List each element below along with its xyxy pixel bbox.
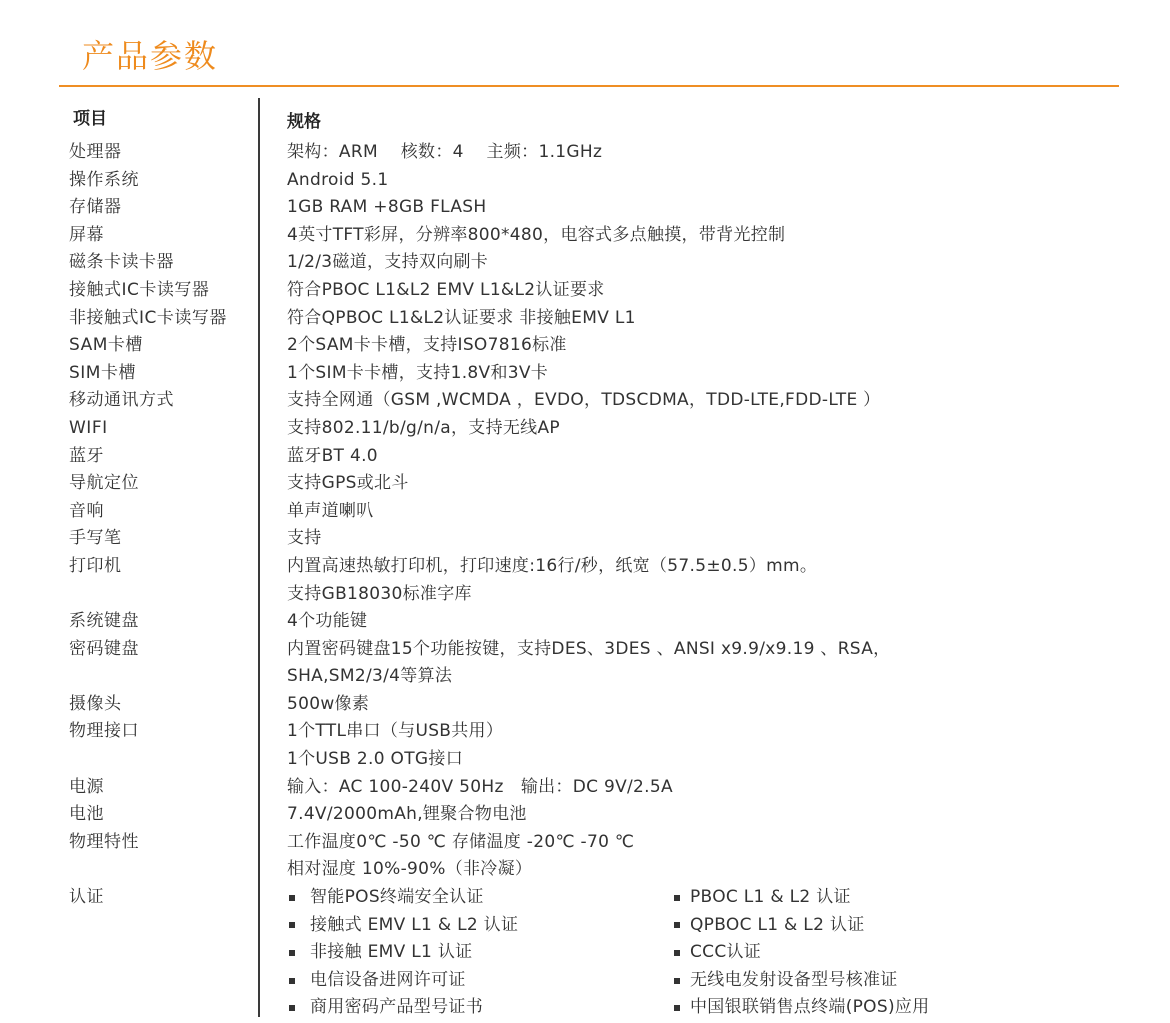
row-label: 音响 (0, 498, 287, 526)
table-row: 物理特性 工作温度0℃ -50 ℃ 存储温度 -20℃ -70 ℃相对湿度 10… (0, 829, 1170, 884)
certification-text: 无线电发射设备型号核准证 (690, 967, 898, 995)
row-values: 2个SAM卡卡槽，支持ISO7816标准 (287, 332, 1170, 360)
row-label: 蓝牙 (0, 443, 287, 471)
table-row: 屏幕 4英寸TFT彩屏，分辨率800*480，电容式多点触摸，带背光控制 (0, 222, 1170, 250)
spec-value: 1GB RAM +8GB FLASH (287, 194, 1170, 222)
row-label: 处理器 (0, 139, 287, 167)
certification-item: 电信设备进网许可证 (287, 967, 672, 995)
row-label: 认证 (0, 884, 287, 912)
row-label: 物理接口 (0, 718, 287, 746)
row-values: 工作温度0℃ -50 ℃ 存储温度 -20℃ -70 ℃相对湿度 10%-90%… (287, 829, 1170, 884)
row-label: 接触式IC卡读写器 (0, 277, 287, 305)
row-values: 1GB RAM +8GB FLASH (287, 194, 1170, 222)
row-values: 7.4V/2000mAh,锂聚合物电池 (287, 801, 1170, 829)
certification-text: 智能POS终端安全认证 (310, 884, 484, 912)
row-values: 4英寸TFT彩屏，分辨率800*480，电容式多点触摸，带背光控制 (287, 222, 1170, 250)
certification-item: 商用密码产品型号证书 (287, 994, 672, 1022)
certification-item: CCC认证 (672, 939, 1072, 967)
table-row: 打印机 内置高速热敏打印机，打印速度:16行/秒，纸宽（57.5±0.5）mm。… (0, 553, 1170, 608)
row-label: WIFI (0, 415, 287, 443)
row-label: 摄像头 (0, 691, 287, 719)
row-values: 500w像素 (287, 691, 1170, 719)
spec-value: 500w像素 (287, 691, 1170, 719)
header-spec: 规格 (287, 107, 321, 132)
row-values: 4个功能键 (287, 608, 1170, 636)
spec-value: 工作温度0℃ -50 ℃ 存储温度 -20℃ -70 ℃ (287, 829, 1170, 857)
spec-value: 蓝牙BT 4.0 (287, 443, 1170, 471)
row-values: 符合QPBOC L1&L2认证要求 非接触EMV L1 (287, 305, 1170, 333)
row-values: 1/2/3磁道，支持双向刷卡 (287, 249, 1170, 277)
table-row: 存储器 1GB RAM +8GB FLASH (0, 194, 1170, 222)
bullet-square-icon (289, 895, 295, 901)
table-row: WIFI 支持802.11/b/g/n/a，支持无线AP (0, 415, 1170, 443)
table-row: 系统键盘 4个功能键 (0, 608, 1170, 636)
table-row: 接触式IC卡读写器 符合PBOC L1&L2 EMV L1&L2认证要求 (0, 277, 1170, 305)
spec-value: 1/2/3磁道，支持双向刷卡 (287, 249, 1170, 277)
row-values: 单声道喇叭 (287, 498, 1170, 526)
table-row: 非接触式IC卡读写器 符合QPBOC L1&L2认证要求 非接触EMV L1 (0, 305, 1170, 333)
header-item: 项目 (73, 104, 107, 129)
bullet-square-icon (674, 1005, 680, 1011)
spec-value: 符合PBOC L1&L2 EMV L1&L2认证要求 (287, 277, 1170, 305)
spec-value: 4英寸TFT彩屏，分辨率800*480，电容式多点触摸，带背光控制 (287, 222, 1170, 250)
table-row: 导航定位 支持GPS或北斗 (0, 470, 1170, 498)
row-values: Android 5.1 (287, 167, 1170, 195)
row-values: 支持GPS或北斗 (287, 470, 1170, 498)
spec-value: 内置高速热敏打印机，打印速度:16行/秒，纸宽（57.5±0.5）mm。 (287, 553, 1170, 581)
row-values: 输入：AC 100-240V 50Hz 输出：DC 9V/2.5A (287, 774, 1170, 802)
bullet-square-icon (674, 922, 680, 928)
row-values: 符合PBOC L1&L2 EMV L1&L2认证要求 (287, 277, 1170, 305)
certification-item: QPBOC L1 & L2 认证 (672, 912, 1072, 940)
spec-value: 2个SAM卡卡槽，支持ISO7816标准 (287, 332, 1170, 360)
spec-value: 支持802.11/b/g/n/a，支持无线AP (287, 415, 1170, 443)
spec-value: 1个SIM卡卡槽，支持1.8V和3V卡 (287, 360, 1170, 388)
row-label: 屏幕 (0, 222, 287, 250)
row-label: 磁条卡读卡器 (0, 249, 287, 277)
row-values: 1个SIM卡卡槽，支持1.8V和3V卡 (287, 360, 1170, 388)
spec-value: 支持GB18030标准字库 (287, 581, 1170, 609)
spec-value: 4个功能键 (287, 608, 1170, 636)
bullet-square-icon (289, 922, 295, 928)
certification-text: PBOC L1 & L2 认证 (690, 884, 851, 912)
certification-item: 智能POS终端安全认证 (287, 884, 672, 912)
row-label: 移动通讯方式 (0, 387, 287, 415)
certification-item: 接触式 EMV L1 & L2 认证 (287, 912, 672, 940)
table-row: 操作系统 Android 5.1 (0, 167, 1170, 195)
spec-value: Android 5.1 (287, 167, 1170, 195)
certification-list: 智能POS终端安全认证PBOC L1 & L2 认证接触式 EMV L1 & L… (287, 884, 1170, 1022)
bullet-square-icon (674, 950, 680, 956)
spec-value: 相对湿度 10%-90%（非冷凝） (287, 856, 1170, 884)
table-row: 手写笔 支持 (0, 525, 1170, 553)
certification-item: 非接触 EMV L1 认证 (287, 939, 672, 967)
table-row: 摄像头 500w像素 (0, 691, 1170, 719)
row-values: 支持 (287, 525, 1170, 553)
bullet-square-icon (289, 1005, 295, 1011)
row-label: 密码键盘 (0, 636, 287, 664)
row-label: SIM卡槽 (0, 360, 287, 388)
spec-value: 支持GPS或北斗 (287, 470, 1170, 498)
spec-value: 输入：AC 100-240V 50Hz 输出：DC 9V/2.5A (287, 774, 1170, 802)
certification-item: 中国银联销售点终端(POS)应用 (672, 994, 1072, 1022)
spec-value: SHA,SM2/3/4等算法 (287, 663, 1170, 691)
row-values: 1个TTL串口（与USB共用）1个USB 2.0 OTG接口 (287, 718, 1170, 773)
spec-value: 支持 (287, 525, 1170, 553)
certification-text: 商用密码产品型号证书 (310, 994, 483, 1022)
table-row: 物理接口 1个TTL串口（与USB共用）1个USB 2.0 OTG接口 (0, 718, 1170, 773)
row-label: 电池 (0, 801, 287, 829)
spec-value: 内置密码键盘15个功能按键，支持DES、3DES 、ANSI x9.9/x9.1… (287, 636, 1170, 664)
table-row: 电池 7.4V/2000mAh,锂聚合物电池 (0, 801, 1170, 829)
row-values: 蓝牙BT 4.0 (287, 443, 1170, 471)
table-row: 移动通讯方式 支持全网通（GSM ,WCMDA ，EVDO，TDSCDMA，TD… (0, 387, 1170, 415)
row-label: 物理特性 (0, 829, 287, 857)
spec-table: 处理器 架构：ARM 核数：4 主频：1.1GHz 操作系统 Android 5… (0, 139, 1170, 1022)
table-row: 音响 单声道喇叭 (0, 498, 1170, 526)
row-values: 内置高速热敏打印机，打印速度:16行/秒，纸宽（57.5±0.5）mm。支持GB… (287, 553, 1170, 608)
row-label: 电源 (0, 774, 287, 802)
table-row: 密码键盘 内置密码键盘15个功能按键，支持DES、3DES 、ANSI x9.9… (0, 636, 1170, 691)
row-label: 导航定位 (0, 470, 287, 498)
certification-text: CCC认证 (690, 939, 761, 967)
row-label: SAM卡槽 (0, 332, 287, 360)
certification-text: 非接触 EMV L1 认证 (310, 939, 472, 967)
row-label: 非接触式IC卡读写器 (0, 305, 287, 333)
certification-item: 无线电发射设备型号核准证 (672, 967, 1072, 995)
table-row-certification: 认证智能POS终端安全认证PBOC L1 & L2 认证接触式 EMV L1 &… (0, 884, 1170, 1022)
bullet-square-icon (674, 895, 680, 901)
table-header: 项目 规格 (0, 104, 1170, 130)
certification-text: 接触式 EMV L1 & L2 认证 (310, 912, 518, 940)
row-label: 存储器 (0, 194, 287, 222)
row-values: 支持802.11/b/g/n/a，支持无线AP (287, 415, 1170, 443)
row-label: 打印机 (0, 553, 287, 581)
row-values: 内置密码键盘15个功能按键，支持DES、3DES 、ANSI x9.9/x9.1… (287, 636, 1170, 691)
page-title: 产品参数 (82, 36, 218, 76)
row-values: 架构：ARM 核数：4 主频：1.1GHz (287, 139, 1170, 167)
table-row: 磁条卡读卡器 1/2/3磁道，支持双向刷卡 (0, 249, 1170, 277)
spec-value: 7.4V/2000mAh,锂聚合物电池 (287, 801, 1170, 829)
title-divider (59, 85, 1119, 87)
bullet-square-icon (289, 950, 295, 956)
table-row: SIM卡槽 1个SIM卡卡槽，支持1.8V和3V卡 (0, 360, 1170, 388)
spec-value: 架构：ARM 核数：4 主频：1.1GHz (287, 139, 1170, 167)
table-row: 处理器 架构：ARM 核数：4 主频：1.1GHz (0, 139, 1170, 167)
row-values: 支持全网通（GSM ,WCMDA ，EVDO，TDSCDMA，TDD-LTE,F… (287, 387, 1170, 415)
table-row: SAM卡槽 2个SAM卡卡槽，支持ISO7816标准 (0, 332, 1170, 360)
row-label: 系统键盘 (0, 608, 287, 636)
bullet-square-icon (674, 978, 680, 984)
certification-item: PBOC L1 & L2 认证 (672, 884, 1072, 912)
bullet-square-icon (289, 978, 295, 984)
row-label: 操作系统 (0, 167, 287, 195)
spec-value: 符合QPBOC L1&L2认证要求 非接触EMV L1 (287, 305, 1170, 333)
table-row: 蓝牙 蓝牙BT 4.0 (0, 443, 1170, 471)
certification-text: QPBOC L1 & L2 认证 (690, 912, 865, 940)
row-label: 手写笔 (0, 525, 287, 553)
certification-text: 中国银联销售点终端(POS)应用 (690, 994, 930, 1022)
spec-value: 1个USB 2.0 OTG接口 (287, 746, 1170, 774)
spec-value: 支持全网通（GSM ,WCMDA ，EVDO，TDSCDMA，TDD-LTE,F… (287, 387, 1170, 415)
spec-value: 1个TTL串口（与USB共用） (287, 718, 1170, 746)
certification-text: 电信设备进网许可证 (310, 967, 466, 995)
table-row: 电源 输入：AC 100-240V 50Hz 输出：DC 9V/2.5A (0, 774, 1170, 802)
spec-value: 单声道喇叭 (287, 498, 1170, 526)
